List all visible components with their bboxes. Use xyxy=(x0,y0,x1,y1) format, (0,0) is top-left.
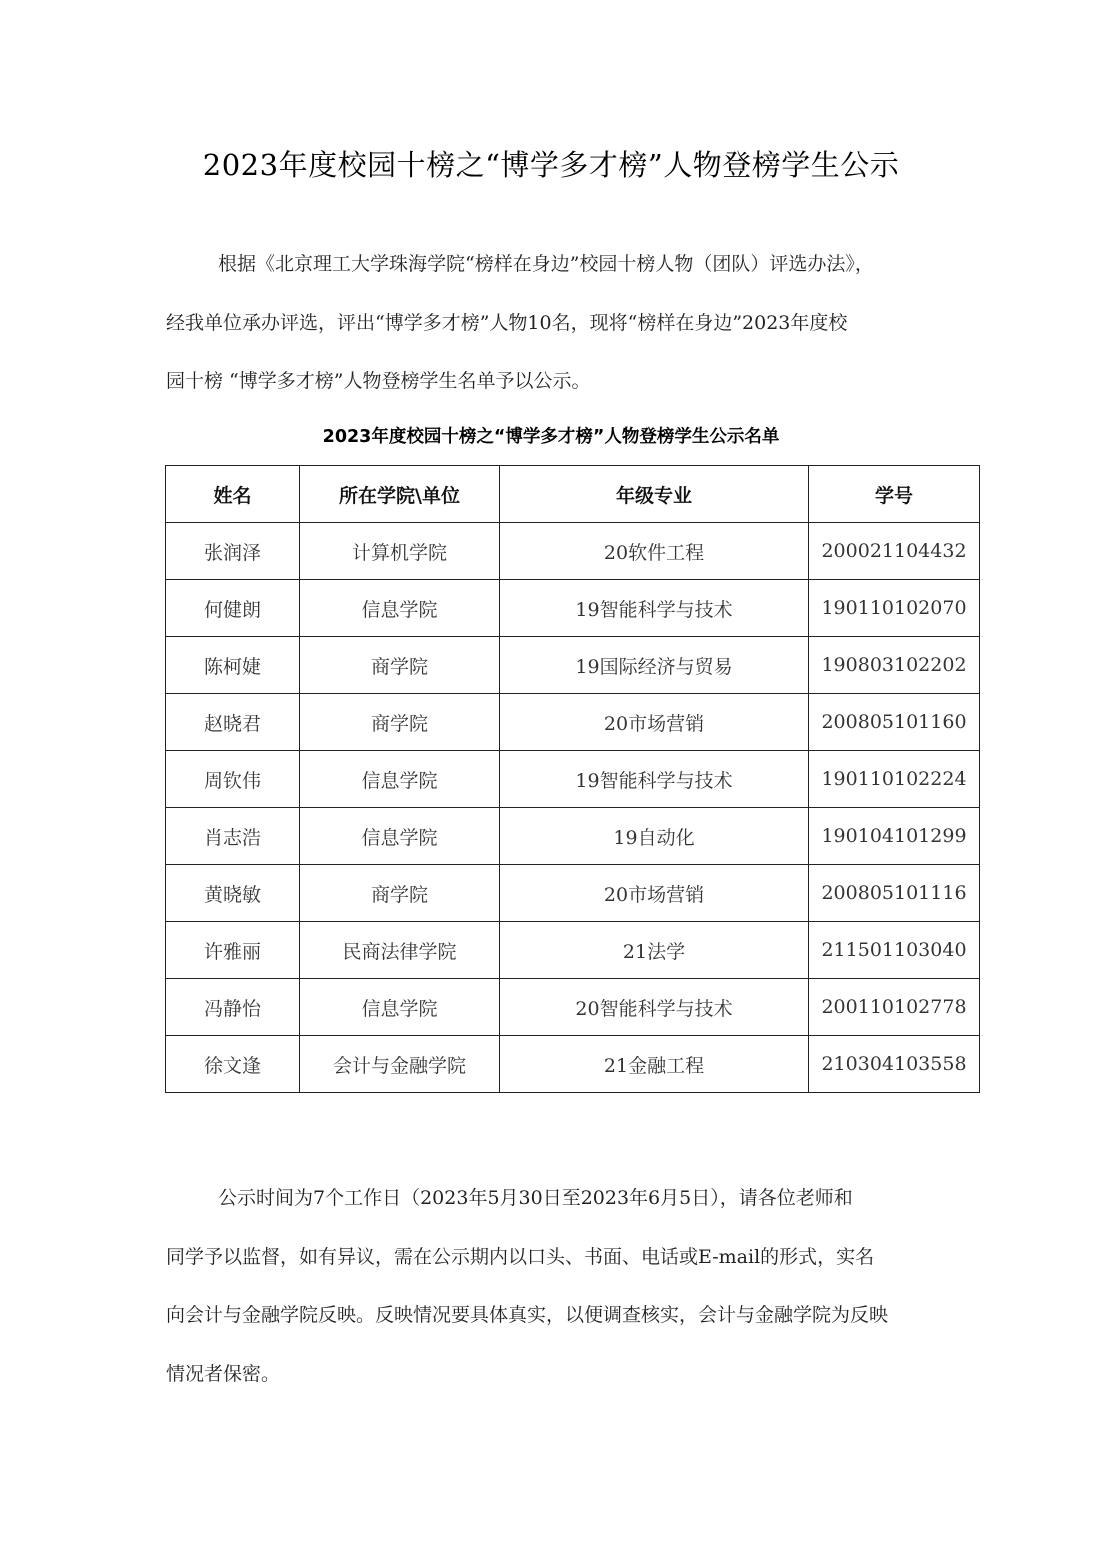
closing-line: 同学予以监督，如有异议，需在公示期内以口头、书面、电话或E-mail的形式，实名 xyxy=(166,1228,936,1287)
cell-major: 19国际经济与贸易 xyxy=(500,637,809,694)
cell-college: 信息学院 xyxy=(300,580,500,637)
cell-college: 民商法律学院 xyxy=(300,922,500,979)
cell-college: 信息学院 xyxy=(300,979,500,1036)
cell-college: 计算机学院 xyxy=(300,523,500,580)
cell-college: 商学院 xyxy=(300,694,500,751)
header-name: 姓名 xyxy=(166,466,300,523)
header-major: 年级专业 xyxy=(500,466,809,523)
cell-major: 21法学 xyxy=(500,922,809,979)
cell-student-id: 190110102070 xyxy=(809,580,980,637)
closing-line: 情况者保密。 xyxy=(166,1345,936,1404)
cell-major: 19智能科学与技术 xyxy=(500,751,809,808)
intro-line: 经我单位承办评选，评出“博学多才榜”人物10名，现将“榜样在身边”2023年度校 xyxy=(166,294,936,353)
cell-student-id: 211501103040 xyxy=(809,922,980,979)
closing-line: 公示时间为7个工作日（2023年5月30日至2023年6月5日），请各位老师和 xyxy=(166,1169,936,1228)
table-row: 肖志浩 信息学院 19自动化 190104101299 xyxy=(166,808,980,865)
table-row: 何健朗 信息学院 19智能科学与技术 190110102070 xyxy=(166,580,980,637)
cell-college: 商学院 xyxy=(300,637,500,694)
table-row: 赵晓君 商学院 20市场营销 200805101160 xyxy=(166,694,980,751)
cell-name: 周钦伟 xyxy=(166,751,300,808)
intro-line: 园十榜 “博学多才榜”人物登榜学生名单予以公示。 xyxy=(166,352,936,411)
cell-college: 信息学院 xyxy=(300,808,500,865)
cell-name: 赵晓君 xyxy=(166,694,300,751)
intro-paragraph: 根据《北京理工大学珠海学院“榜样在身边”校园十榜人物（团队）评选办法》， 经我单… xyxy=(166,235,936,411)
cell-major: 19智能科学与技术 xyxy=(500,580,809,637)
student-list-table: 姓名 所在学院\单位 年级专业 学号 张润泽 计算机学院 20软件工程 2000… xyxy=(165,465,980,1093)
cell-student-id: 200805101160 xyxy=(809,694,980,751)
cell-name: 陈柯婕 xyxy=(166,637,300,694)
cell-student-id: 210304103558 xyxy=(809,1036,980,1093)
table-row: 陈柯婕 商学院 19国际经济与贸易 190803102202 xyxy=(166,637,980,694)
table-row: 周钦伟 信息学院 19智能科学与技术 190110102224 xyxy=(166,751,980,808)
cell-major: 19自动化 xyxy=(500,808,809,865)
cell-major: 20智能科学与技术 xyxy=(500,979,809,1036)
table-row: 许雅丽 民商法律学院 21法学 211501103040 xyxy=(166,922,980,979)
header-college: 所在学院\单位 xyxy=(300,466,500,523)
cell-name: 黄晓敏 xyxy=(166,865,300,922)
intro-line: 根据《北京理工大学珠海学院“榜样在身边”校园十榜人物（团队）评选办法》， xyxy=(166,235,936,294)
cell-name: 何健朗 xyxy=(166,580,300,637)
cell-college: 信息学院 xyxy=(300,751,500,808)
document-title: 2023年度校园十榜之“博学多才榜”人物登榜学生公示 xyxy=(0,143,1102,184)
cell-student-id: 190803102202 xyxy=(809,637,980,694)
cell-student-id: 200021104432 xyxy=(809,523,980,580)
table-row: 张润泽 计算机学院 20软件工程 200021104432 xyxy=(166,523,980,580)
cell-student-id: 190110102224 xyxy=(809,751,980,808)
cell-major: 20市场营销 xyxy=(500,694,809,751)
cell-name: 许雅丽 xyxy=(166,922,300,979)
cell-student-id: 200805101116 xyxy=(809,865,980,922)
cell-student-id: 190104101299 xyxy=(809,808,980,865)
header-student-id: 学号 xyxy=(809,466,980,523)
cell-major: 20软件工程 xyxy=(500,523,809,580)
closing-paragraph: 公示时间为7个工作日（2023年5月30日至2023年6月5日），请各位老师和 … xyxy=(166,1169,936,1403)
cell-major: 21金融工程 xyxy=(500,1036,809,1093)
cell-college: 商学院 xyxy=(300,865,500,922)
cell-college: 会计与金融学院 xyxy=(300,1036,500,1093)
table-caption: 2023年度校园十榜之“博学多才榜”人物登榜学生公示名单 xyxy=(0,423,1102,448)
cell-student-id: 200110102778 xyxy=(809,979,980,1036)
table-row: 徐文逢 会计与金融学院 21金融工程 210304103558 xyxy=(166,1036,980,1093)
cell-name: 冯静怡 xyxy=(166,979,300,1036)
table-row: 黄晓敏 商学院 20市场营销 200805101116 xyxy=(166,865,980,922)
cell-name: 肖志浩 xyxy=(166,808,300,865)
cell-major: 20市场营销 xyxy=(500,865,809,922)
table-header-row: 姓名 所在学院\单位 年级专业 学号 xyxy=(166,466,980,523)
table-row: 冯静怡 信息学院 20智能科学与技术 200110102778 xyxy=(166,979,980,1036)
closing-line: 向会计与金融学院反映。反映情况要具体真实，以便调查核实，会计与金融学院为反映 xyxy=(166,1286,936,1345)
cell-name: 张润泽 xyxy=(166,523,300,580)
cell-name: 徐文逢 xyxy=(166,1036,300,1093)
